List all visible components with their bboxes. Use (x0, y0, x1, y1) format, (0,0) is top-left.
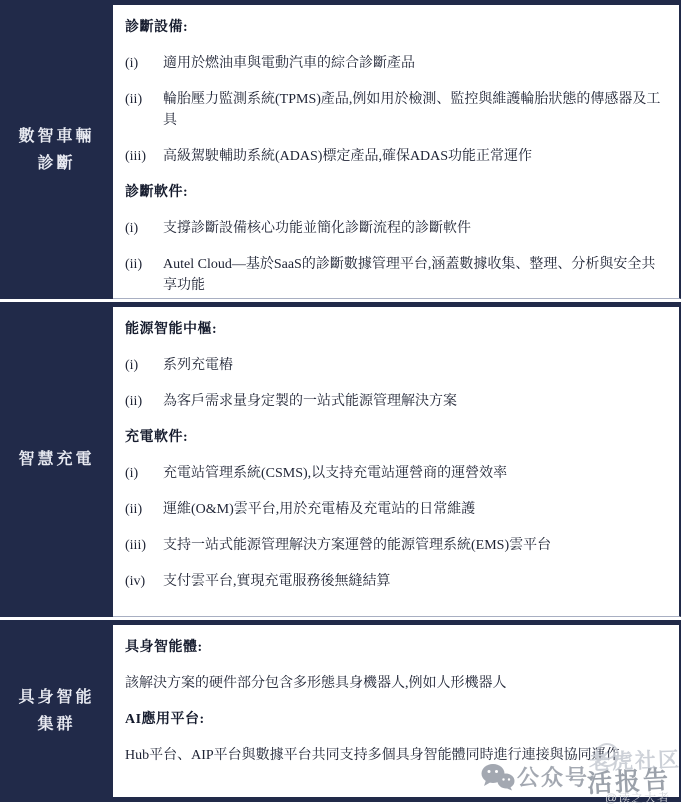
list-marker: (i) (125, 53, 163, 74)
list-marker: (i) (125, 355, 163, 376)
list-item-text: 充電站管理系統(CSMS),以支持充電站運營商的運營效率 (163, 463, 665, 484)
list-marker: (iii) (125, 146, 163, 167)
list-item-text: 支付雲平台,實現充電服務後無縫結算 (163, 571, 665, 592)
section-heading: 能源智能中樞: (125, 319, 665, 340)
row-label-line: 數智車輛 (18, 123, 94, 150)
list-marker: (iii) (125, 535, 163, 556)
row-label-line: 具身智能 (18, 684, 94, 711)
section-heading: AI應用平台: (125, 709, 665, 730)
list-item: (i) 支撐診斷設備核心功能並簡化診斷流程的診斷軟件 (125, 218, 665, 239)
paragraph: Hub平台、AIP平台與數據平台共同支持多個具身智能體同時進行連接與協同運作 (125, 745, 665, 766)
list-marker: (i) (125, 463, 163, 484)
section-heading: 充電軟件: (125, 427, 665, 448)
section-heading: 具身智能體: (125, 637, 665, 658)
document-page: 數智車輛 診斷 診斷設備: (i) 適用於燃油車與電動汽車的綜合診斷產品 (ii… (0, 0, 681, 807)
list-item-text: 輪胎壓力監測系統(TPMS)產品,例如用於檢測、監控與維護輪胎狀態的傳感器及工具 (163, 89, 665, 131)
list-marker: (i) (125, 218, 163, 239)
paragraph: 該解決方案的硬件部分包含多形態具身機器人,例如人形機器人 (125, 673, 665, 694)
list-item-text: Autel Cloud—基於SaaS的診斷數據管理平台,涵蓋數據收集、整理、分析… (163, 254, 665, 296)
list-item-text: 系列充電樁 (163, 355, 665, 376)
list-marker: (ii) (125, 391, 163, 412)
list-item: (iii) 支持一站式能源管理解決方案運營的能源管理系統(EMS)雲平台 (125, 535, 665, 556)
list-marker: (ii) (125, 254, 163, 296)
section-heading: 診斷軟件: (125, 182, 665, 203)
list-marker: (ii) (125, 89, 163, 131)
list-marker: (iv) (125, 571, 163, 592)
list-item: (ii) 運維(O&M)雲平台,用於充電樁及充電站的日常維護 (125, 499, 665, 520)
list-item: (iii) 高級駕駛輔助系統(ADAS)標定產品,確保ADAS功能正常運作 (125, 146, 665, 167)
row-label-line: 集群 (37, 711, 75, 738)
list-item-text: 支撐診斷設備核心功能並簡化診斷流程的診斷軟件 (163, 218, 665, 239)
row-label-vehicle-diagnostics: 數智車輛 診斷 (0, 0, 113, 299)
list-item: (i) 系列充電樁 (125, 355, 665, 376)
list-item-text: 為客戶需求量身定製的一站式能源管理解決方案 (163, 391, 665, 412)
row-content-embodied-ai: 具身智能體: 該解決方案的硬件部分包含多形態具身機器人,例如人形機器人 AI應用… (113, 620, 681, 802)
list-item: (ii) 為客戶需求量身定製的一站式能源管理解決方案 (125, 391, 665, 412)
row-label-line: 診斷 (37, 150, 75, 177)
table-row-smart-charging: 智慧充電 能源智能中樞: (i) 系列充電樁 (ii) 為客戶需求量身定製的一站… (0, 302, 681, 617)
list-item-text: 運維(O&M)雲平台,用於充電樁及充電站的日常維護 (163, 499, 665, 520)
list-item-text: 支持一站式能源管理解決方案運營的能源管理系統(EMS)雲平台 (163, 535, 665, 556)
table-row-embodied-ai: 具身智能 集群 具身智能體: 該解決方案的硬件部分包含多形態具身機器人,例如人形… (0, 620, 681, 802)
table-row-vehicle-diagnostics: 數智車輛 診斷 診斷設備: (i) 適用於燃油車與電動汽車的綜合診斷產品 (ii… (0, 0, 681, 299)
section-heading: 診斷設備: (125, 17, 665, 38)
list-item: (i) 充電站管理系統(CSMS),以支持充電站運營商的運營效率 (125, 463, 665, 484)
row-label-smart-charging: 智慧充電 (0, 302, 113, 617)
list-item: (i) 適用於燃油車與電動汽車的綜合診斷產品 (125, 53, 665, 74)
list-marker: (ii) (125, 499, 163, 520)
row-content-vehicle-diagnostics: 診斷設備: (i) 適用於燃油車與電動汽車的綜合診斷產品 (ii) 輪胎壓力監測… (113, 0, 681, 299)
row-label-embodied-ai: 具身智能 集群 (0, 620, 113, 802)
list-item: (ii) 輪胎壓力監測系統(TPMS)產品,例如用於檢測、監控與維護輪胎狀態的傳… (125, 89, 665, 131)
list-item-text: 適用於燃油車與電動汽車的綜合診斷產品 (163, 53, 665, 74)
list-item: (iv) 支付雲平台,實現充電服務後無縫結算 (125, 571, 665, 592)
list-item: (ii) Autel Cloud—基於SaaS的診斷數據管理平台,涵蓋數據收集、… (125, 254, 665, 296)
row-content-smart-charging: 能源智能中樞: (i) 系列充電樁 (ii) 為客戶需求量身定製的一站式能源管理… (113, 302, 681, 617)
list-item-text: 高級駕駛輔助系統(ADAS)標定產品,確保ADAS功能正常運作 (163, 146, 665, 167)
row-label-line: 智慧充電 (18, 446, 94, 473)
